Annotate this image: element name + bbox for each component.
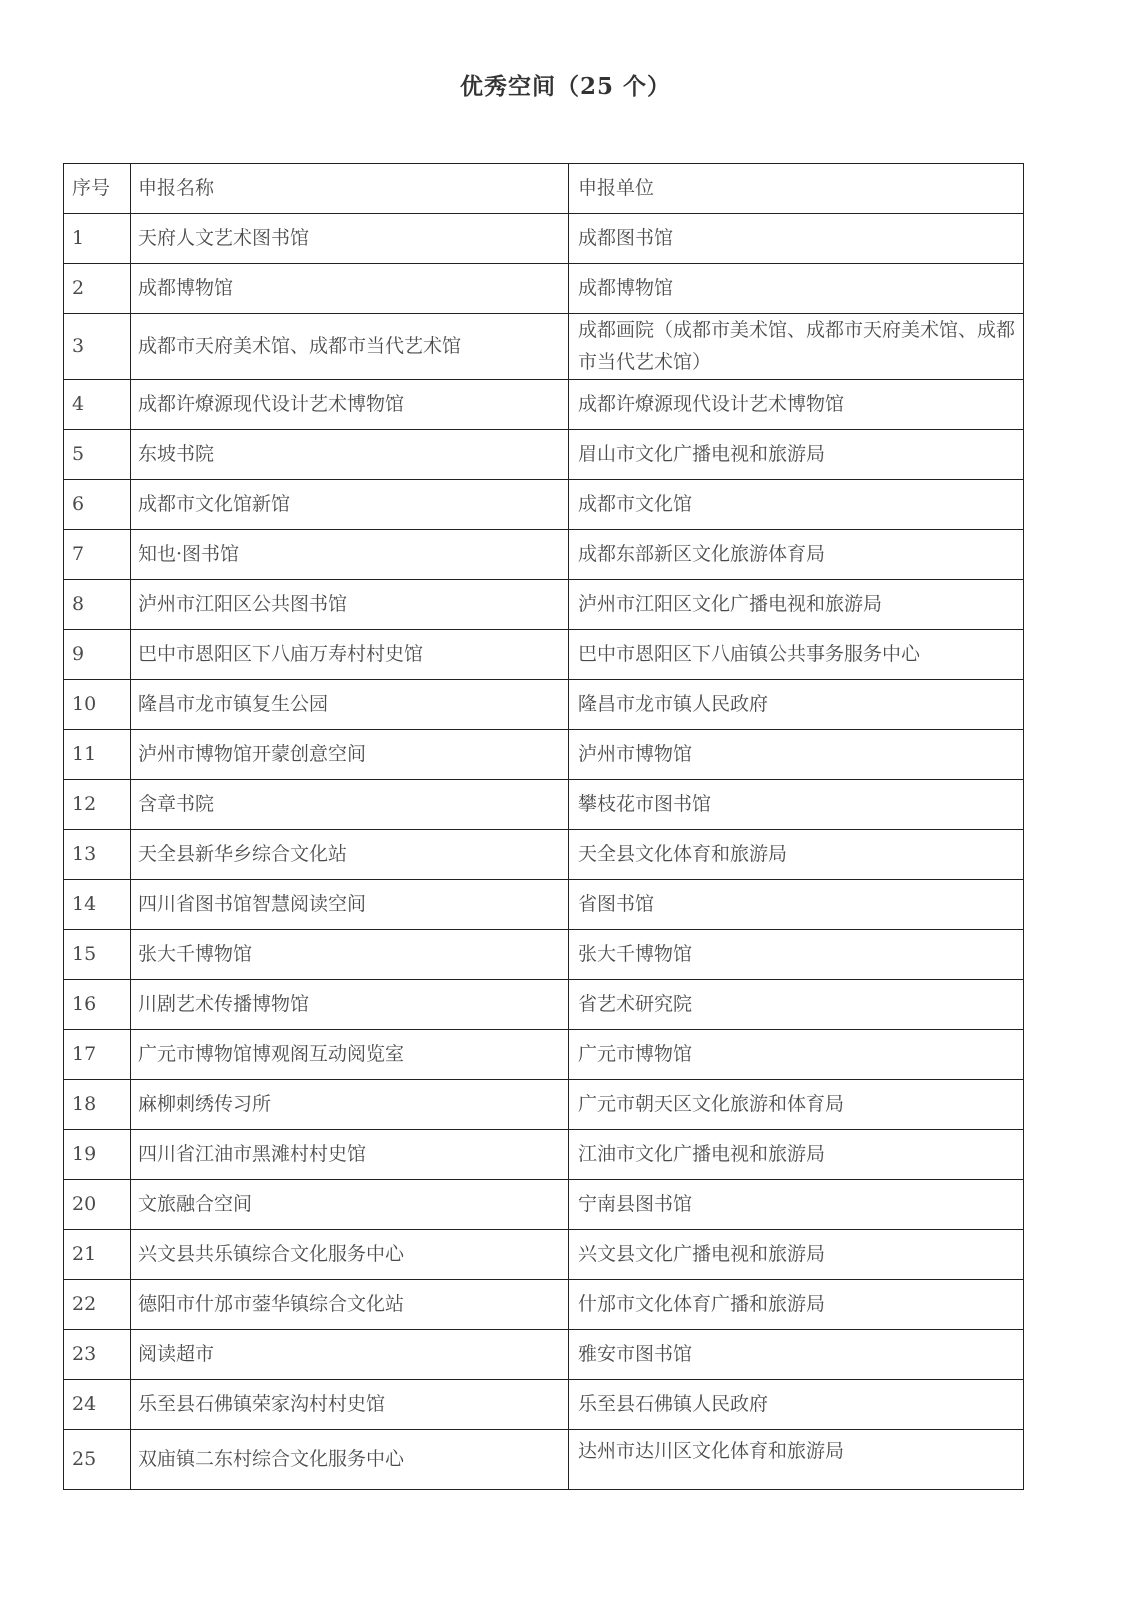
table-row: 2 成都博物馆 成都博物馆 [64, 264, 1024, 314]
row-application-name: 双庙镇二东村综合文化服务中心 [131, 1429, 569, 1489]
row-application-unit: 乐至县石佛镇人民政府 [569, 1379, 1024, 1429]
row-application-unit: 省艺术研究院 [569, 979, 1024, 1029]
table-row: 12 含章书院 攀枝花市图书馆 [64, 779, 1024, 829]
row-serial-number: 8 [64, 579, 131, 629]
row-application-unit: 成都画院（成都市美术馆、成都市天府美术馆、成都市当代艺术馆） [569, 314, 1024, 380]
row-application-name: 泸州市江阳区公共图书馆 [131, 579, 569, 629]
table-row: 3 成都市天府美术馆、成都市当代艺术馆 成都画院（成都市美术馆、成都市天府美术馆… [64, 314, 1024, 380]
table-row: 21 兴文县共乐镇综合文化服务中心 兴文县文化广播电视和旅游局 [64, 1229, 1024, 1279]
row-serial-number: 12 [64, 779, 131, 829]
document-page: 优秀空间（25 个） 序号 申报名称 申报单位 1 天府人文艺术图书馆 成都图书… [0, 0, 1131, 1600]
table-row: 13 天全县新华乡综合文化站 天全县文化体育和旅游局 [64, 829, 1024, 879]
header-row: 序号 申报名称 申报单位 [64, 164, 1024, 214]
table-row: 23 阅读超市 雅安市图书馆 [64, 1329, 1024, 1379]
row-serial-number: 1 [64, 214, 131, 264]
row-application-unit: 巴中市恩阳区下八庙镇公共事务服务中心 [569, 629, 1024, 679]
row-serial-number: 6 [64, 479, 131, 529]
row-application-unit: 成都博物馆 [569, 264, 1024, 314]
row-serial-number: 3 [64, 314, 131, 380]
row-serial-number: 5 [64, 429, 131, 479]
table-row: 17 广元市博物馆博观阁互动阅览室 广元市博物馆 [64, 1029, 1024, 1079]
table-row: 7 知也·图书馆 成都东部新区文化旅游体育局 [64, 529, 1024, 579]
row-application-unit: 天全县文化体育和旅游局 [569, 829, 1024, 879]
row-application-unit: 成都市文化馆 [569, 479, 1024, 529]
table-body: 1 天府人文艺术图书馆 成都图书馆 2 成都博物馆 成都博物馆 3 成都市天府美… [64, 214, 1024, 1490]
row-application-unit: 眉山市文化广播电视和旅游局 [569, 429, 1024, 479]
table-row: 24 乐至县石佛镇荣家沟村村史馆 乐至县石佛镇人民政府 [64, 1379, 1024, 1429]
row-application-name: 麻柳刺绣传习所 [131, 1079, 569, 1129]
row-serial-number: 14 [64, 879, 131, 929]
row-application-name: 巴中市恩阳区下八庙万寿村村史馆 [131, 629, 569, 679]
row-application-unit: 泸州市江阳区文化广播电视和旅游局 [569, 579, 1024, 629]
row-application-name: 天府人文艺术图书馆 [131, 214, 569, 264]
row-serial-number: 25 [64, 1429, 131, 1489]
row-application-name: 张大千博物馆 [131, 929, 569, 979]
row-application-name: 隆昌市龙市镇复生公园 [131, 679, 569, 729]
row-application-name: 天全县新华乡综合文化站 [131, 829, 569, 879]
table-row: 4 成都许燎源现代设计艺术博物馆 成都许燎源现代设计艺术博物馆 [64, 379, 1024, 429]
row-application-unit: 隆昌市龙市镇人民政府 [569, 679, 1024, 729]
table-row: 25 双庙镇二东村综合文化服务中心 达州市达川区文化体育和旅游局 [64, 1429, 1024, 1489]
row-application-unit: 成都图书馆 [569, 214, 1024, 264]
row-serial-number: 2 [64, 264, 131, 314]
row-serial-number: 22 [64, 1279, 131, 1329]
row-application-name: 文旅融合空间 [131, 1179, 569, 1229]
table-row: 9 巴中市恩阳区下八庙万寿村村史馆 巴中市恩阳区下八庙镇公共事务服务中心 [64, 629, 1024, 679]
row-application-name: 川剧艺术传播博物馆 [131, 979, 569, 1029]
header-application-unit: 申报单位 [569, 164, 1024, 214]
row-application-unit: 省图书馆 [569, 879, 1024, 929]
row-serial-number: 17 [64, 1029, 131, 1079]
row-application-unit: 广元市博物馆 [569, 1029, 1024, 1079]
row-serial-number: 11 [64, 729, 131, 779]
table-header: 序号 申报名称 申报单位 [64, 164, 1024, 214]
row-application-name: 四川省江油市黑滩村村史馆 [131, 1129, 569, 1179]
row-application-name: 成都博物馆 [131, 264, 569, 314]
row-application-name: 知也·图书馆 [131, 529, 569, 579]
row-application-name: 阅读超市 [131, 1329, 569, 1379]
row-application-name: 成都许燎源现代设计艺术博物馆 [131, 379, 569, 429]
page-title: 优秀空间（25 个） [0, 68, 1131, 101]
spaces-table: 序号 申报名称 申报单位 1 天府人文艺术图书馆 成都图书馆 2 成都博物馆 成… [63, 163, 1024, 1490]
row-serial-number: 4 [64, 379, 131, 429]
table-row: 16 川剧艺术传播博物馆 省艺术研究院 [64, 979, 1024, 1029]
row-serial-number: 7 [64, 529, 131, 579]
row-serial-number: 21 [64, 1229, 131, 1279]
row-serial-number: 16 [64, 979, 131, 1029]
row-application-name: 含章书院 [131, 779, 569, 829]
table-row: 11 泸州市博物馆开蒙创意空间 泸州市博物馆 [64, 729, 1024, 779]
row-application-name: 泸州市博物馆开蒙创意空间 [131, 729, 569, 779]
row-application-unit: 广元市朝天区文化旅游和体育局 [569, 1079, 1024, 1129]
table-row: 15 张大千博物馆 张大千博物馆 [64, 929, 1024, 979]
row-application-name: 四川省图书馆智慧阅读空间 [131, 879, 569, 929]
row-application-unit: 达州市达川区文化体育和旅游局 [569, 1429, 1024, 1489]
row-application-unit: 雅安市图书馆 [569, 1329, 1024, 1379]
row-application-unit: 张大千博物馆 [569, 929, 1024, 979]
row-serial-number: 13 [64, 829, 131, 879]
row-application-unit: 什邡市文化体育广播和旅游局 [569, 1279, 1024, 1329]
table-row: 22 德阳市什邡市蓥华镇综合文化站 什邡市文化体育广播和旅游局 [64, 1279, 1024, 1329]
row-application-unit: 泸州市博物馆 [569, 729, 1024, 779]
row-serial-number: 24 [64, 1379, 131, 1429]
row-application-unit: 成都东部新区文化旅游体育局 [569, 529, 1024, 579]
row-serial-number: 18 [64, 1079, 131, 1129]
table-row: 5 东坡书院 眉山市文化广播电视和旅游局 [64, 429, 1024, 479]
table-row: 18 麻柳刺绣传习所 广元市朝天区文化旅游和体育局 [64, 1079, 1024, 1129]
row-serial-number: 19 [64, 1129, 131, 1179]
row-application-name: 广元市博物馆博观阁互动阅览室 [131, 1029, 569, 1079]
row-serial-number: 23 [64, 1329, 131, 1379]
table-row: 20 文旅融合空间 宁南县图书馆 [64, 1179, 1024, 1229]
row-application-unit: 宁南县图书馆 [569, 1179, 1024, 1229]
table-row: 1 天府人文艺术图书馆 成都图书馆 [64, 214, 1024, 264]
row-serial-number: 20 [64, 1179, 131, 1229]
row-application-name: 成都市天府美术馆、成都市当代艺术馆 [131, 314, 569, 380]
table-row: 10 隆昌市龙市镇复生公园 隆昌市龙市镇人民政府 [64, 679, 1024, 729]
header-application-name: 申报名称 [131, 164, 569, 214]
row-application-unit: 攀枝花市图书馆 [569, 779, 1024, 829]
row-application-name: 东坡书院 [131, 429, 569, 479]
table-row: 19 四川省江油市黑滩村村史馆 江油市文化广播电视和旅游局 [64, 1129, 1024, 1179]
table-row: 6 成都市文化馆新馆 成都市文化馆 [64, 479, 1024, 529]
row-application-unit: 江油市文化广播电视和旅游局 [569, 1129, 1024, 1179]
table-row: 8 泸州市江阳区公共图书馆 泸州市江阳区文化广播电视和旅游局 [64, 579, 1024, 629]
row-serial-number: 10 [64, 679, 131, 729]
header-serial-number: 序号 [64, 164, 131, 214]
row-application-name: 德阳市什邡市蓥华镇综合文化站 [131, 1279, 569, 1329]
row-application-name: 乐至县石佛镇荣家沟村村史馆 [131, 1379, 569, 1429]
row-application-name: 兴文县共乐镇综合文化服务中心 [131, 1229, 569, 1279]
table-row: 14 四川省图书馆智慧阅读空间 省图书馆 [64, 879, 1024, 929]
row-serial-number: 9 [64, 629, 131, 679]
row-application-unit: 成都许燎源现代设计艺术博物馆 [569, 379, 1024, 429]
row-application-name: 成都市文化馆新馆 [131, 479, 569, 529]
row-application-unit: 兴文县文化广播电视和旅游局 [569, 1229, 1024, 1279]
row-serial-number: 15 [64, 929, 131, 979]
